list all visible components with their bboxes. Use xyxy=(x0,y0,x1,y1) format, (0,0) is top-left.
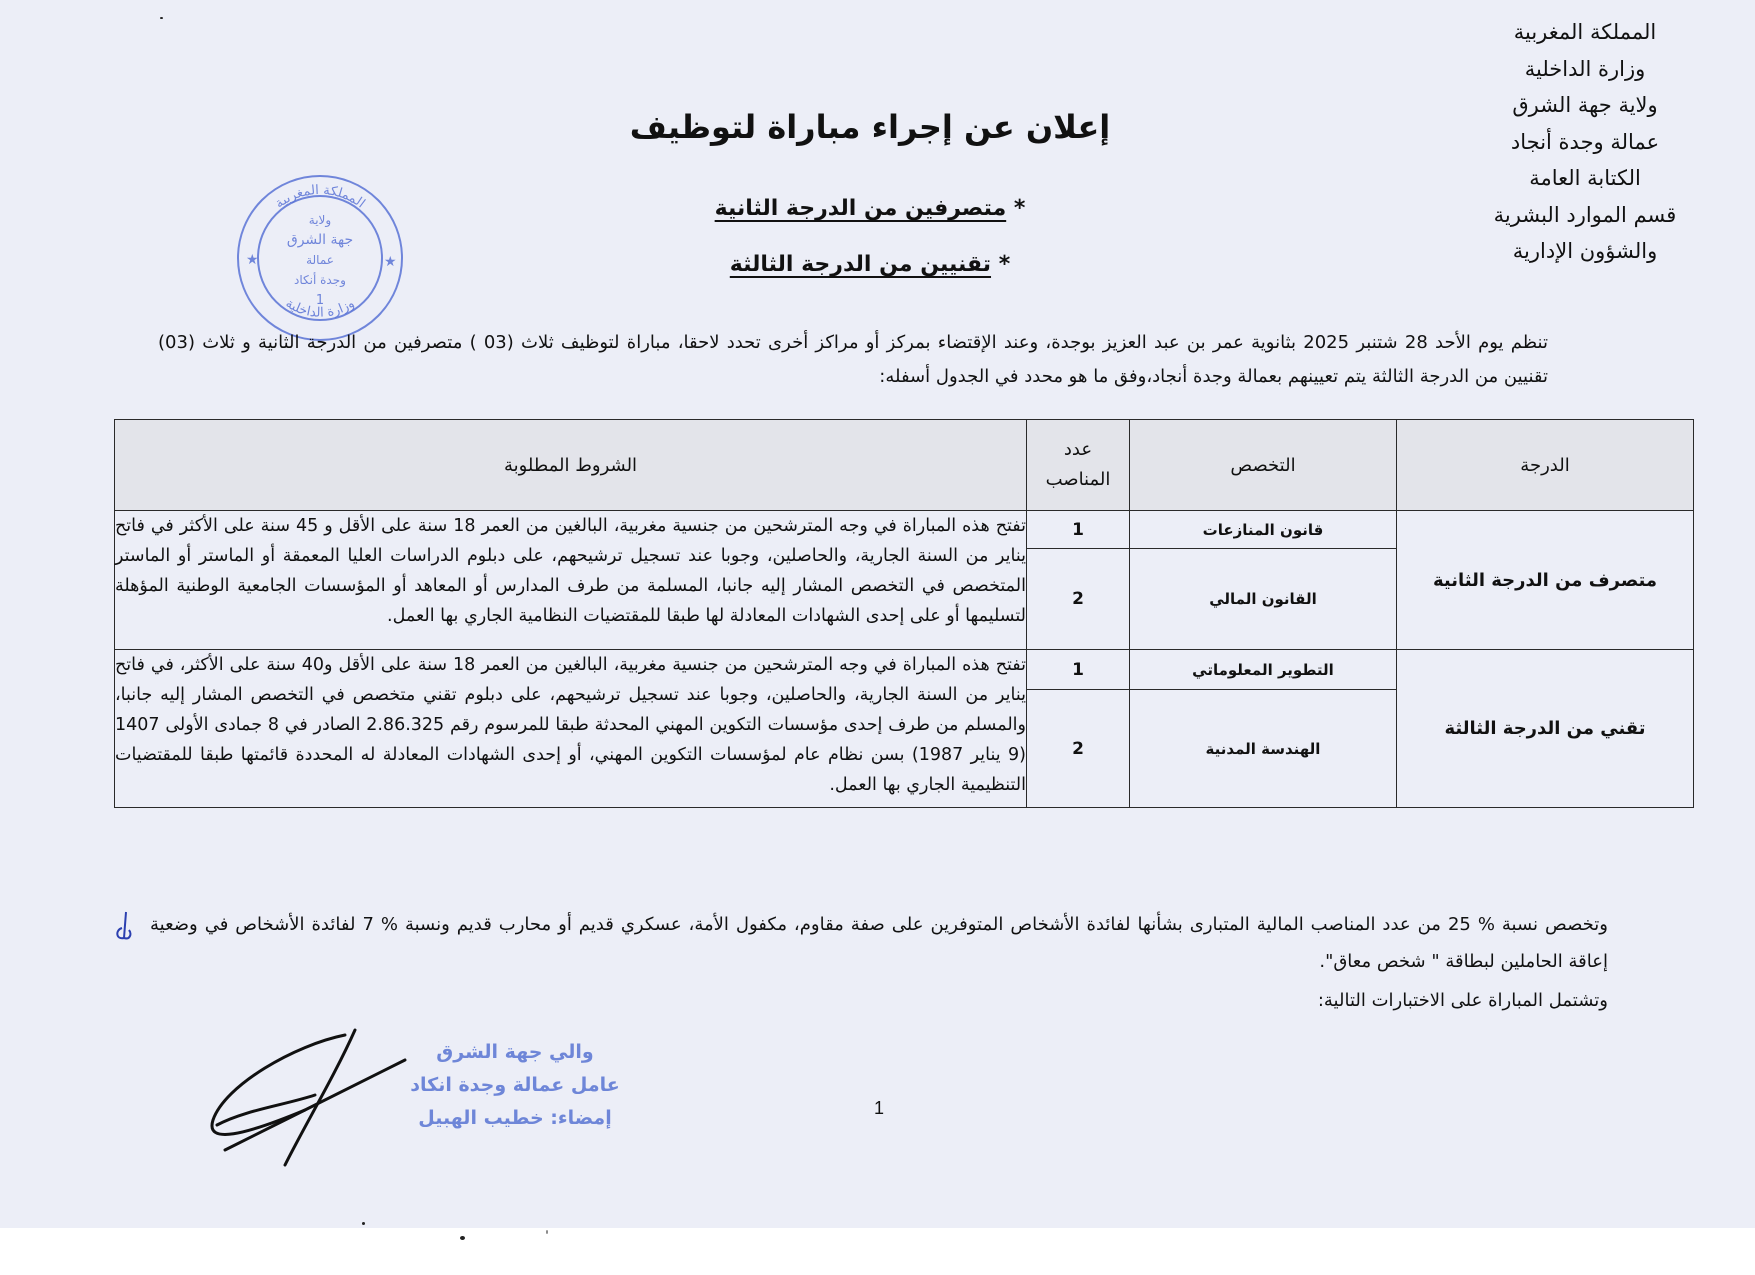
exams-intro: وتشتمل المباراة على الاختبارات التالية: xyxy=(900,990,1608,1011)
scan-speck xyxy=(362,1222,365,1225)
ministry-header: المملكة المغربية وزارة الداخلية ولاية جه… xyxy=(1475,14,1695,270)
bullet: * xyxy=(1006,196,1025,221)
governor-title: والي جهة الشرق xyxy=(380,1036,650,1069)
scan-speck xyxy=(546,1230,548,1234)
bullet: * xyxy=(991,252,1010,277)
stamp-top-text: المملكة المغربية xyxy=(273,183,368,211)
scan-speck xyxy=(460,1236,465,1240)
header-grade: الدرجة xyxy=(1397,420,1694,511)
header-specialty: التخصص xyxy=(1130,420,1397,511)
specialty-cell: القانون المالي xyxy=(1130,549,1397,650)
table-header-row: الدرجة التخصص عدد المناصب الشروط المطلوب… xyxy=(115,420,1694,511)
official-stamp-icon: المملكة المغربية وزارة الداخلية ولاية جه… xyxy=(232,172,408,342)
table-row: متصرف من الدرجة الثانية قانون المنازعات … xyxy=(115,511,1694,549)
count-cell: 2 xyxy=(1027,549,1130,650)
governor-subtitle: عامل عمالة وجدة انكاد xyxy=(380,1069,650,1102)
page-title: إعلان عن إجراء مباراة لتوظيف xyxy=(620,108,1120,146)
document-page: المملكة المغربية وزارة الداخلية ولاية جه… xyxy=(0,0,1755,1228)
svg-text:★: ★ xyxy=(384,254,397,270)
conditions-cell: تفتح هذه المباراة في وجه المترشحين من جن… xyxy=(115,650,1027,808)
header-line-kingdom: المملكة المغربية xyxy=(1475,14,1695,51)
header-line-secretariat: الكتابة العامة xyxy=(1475,160,1695,197)
pen-mark-icon xyxy=(112,908,136,948)
header-count-label: عدد المناصب xyxy=(1043,435,1113,495)
specialty-cell: التطوير المعلوماتي xyxy=(1130,650,1397,690)
header-line-prefecture: عمالة وجدة أنجاد xyxy=(1475,124,1695,161)
header-line-ministry: وزارة الداخلية xyxy=(1475,51,1695,88)
specialty-cell: الهندسة المدنية xyxy=(1130,690,1397,808)
subtitle-text: تقنيين من الدرجة الثالثة xyxy=(730,252,991,277)
subtitle-technicians: * تقنيين من الدرجة الثالثة xyxy=(660,252,1080,277)
governor-stamp: والي جهة الشرق عامل عمالة وجدة انكاد إمض… xyxy=(380,1036,650,1135)
count-cell: 1 xyxy=(1027,511,1130,549)
header-line-admin-affairs: والشؤون الإدارية xyxy=(1475,233,1695,270)
table-row: تقني من الدرجة الثالثة التطوير المعلومات… xyxy=(115,650,1694,690)
header-line-wilaya: ولاية جهة الشرق xyxy=(1475,87,1695,124)
page-number: 1 xyxy=(874,1098,884,1119)
scan-speck xyxy=(160,17,163,19)
stamp-line: عمالة xyxy=(306,253,334,267)
header-count: عدد المناصب xyxy=(1027,420,1130,511)
stamp-line: 1 xyxy=(316,293,324,308)
grade-cell: متصرف من الدرجة الثانية xyxy=(1397,511,1694,650)
quota-note: وتخصص نسبة % 25 من عدد المناصب المالية ا… xyxy=(150,906,1608,980)
stamp-line: وجدة أنكاد xyxy=(294,272,346,288)
count-cell: 2 xyxy=(1027,690,1130,808)
header-line-hr-division: قسم الموارد البشرية xyxy=(1475,197,1695,234)
positions-table: الدرجة التخصص عدد المناصب الشروط المطلوب… xyxy=(114,419,1694,808)
count-cell: 1 xyxy=(1027,650,1130,690)
stamp-line: ولاية xyxy=(309,213,331,228)
svg-text:المملكة المغربية: المملكة المغربية xyxy=(273,183,368,211)
subtitle-administrators: * متصرفين من الدرجة الثانية xyxy=(660,196,1080,221)
svg-text:★: ★ xyxy=(246,252,259,268)
grade-cell: تقني من الدرجة الثالثة xyxy=(1397,650,1694,808)
specialty-cell: قانون المنازعات xyxy=(1130,511,1397,549)
header-conditions: الشروط المطلوبة xyxy=(115,420,1027,511)
stamp-line: جهة الشرق xyxy=(287,232,353,248)
subtitle-text: متصرفين من الدرجة الثانية xyxy=(715,196,1007,221)
intro-paragraph: تنظم يوم الأحد 28 شتنبر 2025 بثانوية عمر… xyxy=(158,326,1548,394)
governor-signed-by: إمضاء: خطيب الهبيل xyxy=(380,1102,650,1135)
conditions-cell: تفتح هذه المباراة في وجه المترشحين من جن… xyxy=(115,511,1027,650)
